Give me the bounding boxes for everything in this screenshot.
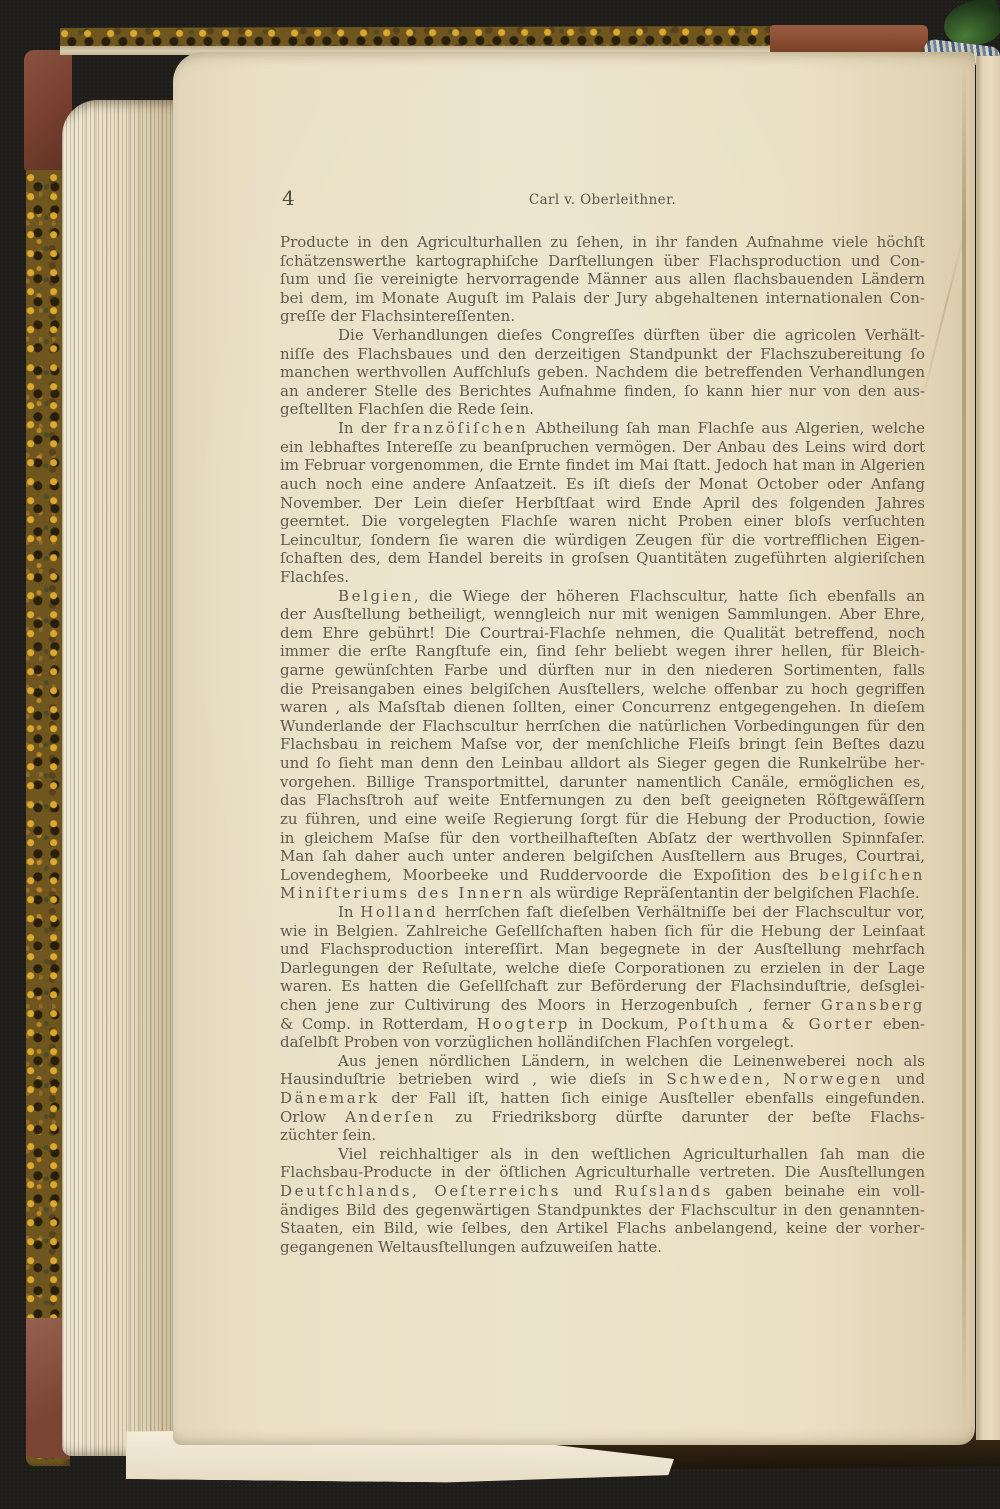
- text-segment: Hausinduſtrie betrieben wird , wie dieſs…: [280, 1070, 666, 1088]
- text-line: auch noch eine andere Anſaatzeit. Es iſt…: [280, 475, 925, 494]
- text-segment: im Februar vorgenommen, die Ernte findet…: [280, 456, 925, 474]
- text-segment: ſchaften des, dem Handel bereits in groſ…: [280, 549, 925, 567]
- emphasized-text: Norwegen: [783, 1070, 883, 1088]
- text-line: an anderer Stelle des Berichtes Aufnahme…: [280, 382, 925, 401]
- text-line: und ſo ſieht man denn den Leinbau alldor…: [280, 754, 925, 773]
- text-line: geerntet. Die vorgelegten Flachſe waren …: [280, 512, 925, 531]
- gutter-crease: [962, 62, 966, 1434]
- emphasized-text: Anderſen: [345, 1108, 436, 1126]
- text-segment: garne gewünſchten Farbe und dürften nur …: [280, 661, 925, 679]
- text-segment: zu Friedriksborg dürfte darunter der beſ…: [436, 1108, 925, 1126]
- text-segment: ändiges Bild des gegenwärtigen Standpunk…: [280, 1201, 925, 1219]
- text-segment: Flachsbau-Producte in der öſtlichen Agri…: [280, 1163, 925, 1181]
- text-segment: Producte in den Agriculturhallen zu ſehe…: [280, 233, 925, 251]
- text-line: ſchaften des, dem Handel bereits in groſ…: [280, 549, 925, 568]
- emphasized-text: Miniſteriums des Innern: [280, 884, 525, 902]
- text-segment: Man ſah daher auch unter anderen belgiſc…: [280, 847, 925, 865]
- scanned-book-photo: 4 Carl v. Oberleithner. Producte in den …: [0, 0, 1000, 1509]
- text-segment: eben-: [874, 1015, 925, 1033]
- text-line: Aus jenen nördlichen Ländern, in welchen…: [280, 1052, 925, 1071]
- text-segment: & Comp. in Rotterdam,: [280, 1015, 477, 1033]
- text-line: Producte in den Agriculturhallen zu ſehe…: [280, 233, 925, 252]
- text-line: ändiges Bild des gegenwärtigen Standpunk…: [280, 1201, 925, 1220]
- text-segment: das Flachsſtroh auf weite Entfernungen z…: [280, 791, 925, 809]
- text-line: Orlow Anderſen zu Friedriksborg dürfte d…: [280, 1108, 925, 1127]
- text-segment: waren , als Maſsſtab dienen ſollten, ein…: [280, 698, 925, 716]
- emphasized-text: Deutſchlands, Oeſterreichs: [280, 1182, 561, 1200]
- text-segment: ſum und ſie vereinigte hervorragende Män…: [280, 270, 925, 288]
- text-line: greſſe der Flachsintereſſenten.: [280, 307, 925, 326]
- running-header: Carl v. Oberleithner.: [280, 192, 925, 208]
- text-line: das Flachsſtroh auf weite Entfernungen z…: [280, 791, 925, 810]
- body-text: Producte in den Agriculturhallen zu ſehe…: [280, 233, 925, 1257]
- text-segment: auch noch eine andere Anſaatzeit. Es iſt…: [280, 475, 925, 493]
- text-line: November. Der Lein dieſer Herbſtſaat wir…: [280, 494, 925, 513]
- text-segment: und: [561, 1182, 615, 1200]
- text-segment: In: [338, 903, 360, 921]
- text-line: garne gewünſchten Farbe und dürften nur …: [280, 661, 925, 680]
- text-line: & Comp. in Rotterdam, Hoogterp in Dockum…: [280, 1015, 925, 1034]
- text-segment: an anderer Stelle des Berichtes Aufnahme…: [280, 382, 925, 400]
- text-segment: greſſe der Flachsintereſſenten.: [280, 307, 515, 325]
- text-line: ſum und ſie vereinigte hervorragende Män…: [280, 270, 925, 289]
- emphasized-text: Hoogterp: [477, 1015, 570, 1033]
- text-line: Deutſchlands, Oeſterreichs und Ruſslands…: [280, 1182, 925, 1201]
- text-segment: wie in Belgien. Zahlreiche Geſellſchafte…: [280, 922, 925, 940]
- text-segment: Wunderlande der Flachscultur herrſchen d…: [280, 717, 925, 735]
- text-segment: herrſchen faſt dieſelben Verhältniſſe be…: [438, 903, 925, 921]
- text-line: bei dem, im Monate Auguſt im Palais der …: [280, 289, 925, 308]
- text-segment: Aus jenen nördlichen Ländern, in welchen…: [338, 1052, 925, 1070]
- text-line: der Ausſtellung betheiligt, wenngleich n…: [280, 605, 925, 624]
- text-block: 4 Carl v. Oberleithner. Producte in den …: [280, 186, 925, 1257]
- text-segment: Darlegungen der Reſultate, welche dieſe …: [280, 959, 925, 977]
- text-line: niſſe des Flachsbaues und den derzeitige…: [280, 345, 925, 364]
- text-segment: manchen werthvollen Aufſchluſs geben. Na…: [280, 363, 925, 381]
- text-segment: chen jene zur Cultivirung des Moors in H…: [280, 996, 821, 1014]
- text-line: ſchätzenswerthe kartographiſche Darſtell…: [280, 252, 925, 271]
- text-segment: und ſo ſieht man denn den Leinbau alldor…: [280, 754, 925, 772]
- text-segment: Viel reichhaltiger als in den weſtlichen…: [338, 1145, 925, 1163]
- text-line: Dänemark der Fall iſt, hatten ſich einig…: [280, 1089, 925, 1108]
- text-segment: gaben beinahe ein voll-: [713, 1182, 925, 1200]
- text-line: In der franzöſiſchen Abtheilung ſah man …: [280, 419, 925, 438]
- text-line: Leincultur, ſondern ſie waren die würdig…: [280, 531, 925, 550]
- text-line: züchter ſein.: [280, 1126, 925, 1145]
- text-line: manchen werthvollen Aufſchluſs geben. Na…: [280, 363, 925, 382]
- text-line: Wunderlande der Flachscultur herrſchen d…: [280, 717, 925, 736]
- text-segment: Abtheilung ſah man Flachſe aus Algerien,…: [528, 419, 925, 437]
- text-segment: immer die erſte Rangſtufe ein, ſind ſehr…: [280, 642, 925, 660]
- text-segment: waren. Es hatten die Geſellſchaft zur Be…: [280, 977, 925, 995]
- text-line: Darlegungen der Reſultate, welche dieſe …: [280, 959, 925, 978]
- text-line: In Holland herrſchen faſt dieſelben Verh…: [280, 903, 925, 922]
- text-segment: und: [883, 1070, 925, 1088]
- text-segment: bei dem, im Monate Auguſt im Palais der …: [280, 289, 925, 307]
- text-segment: in Dockum,: [570, 1015, 677, 1033]
- text-segment: Die Verhandlungen dieſes Congreſſes dürf…: [338, 326, 925, 344]
- text-segment: und Flachsproduction intereſſirt. Man be…: [280, 940, 925, 958]
- text-line: Staaten, ein Bild, wie ſelbes, den Artik…: [280, 1219, 925, 1238]
- text-segment: Lovendeghem, Moorbeeke und Ruddervoorde …: [280, 866, 819, 884]
- text-segment: Flachsbau in reichem Maſse vor, der menſ…: [280, 735, 925, 753]
- text-segment: ein lebhaftes Intereſſe zu beanſpruchen …: [280, 438, 925, 456]
- text-line: daſelbſt Proben von vorzüglichen holländ…: [280, 1033, 925, 1052]
- text-segment: ,: [765, 1070, 783, 1088]
- text-segment: züchter ſein.: [280, 1126, 376, 1144]
- emphasized-text: belgiſchen: [819, 866, 925, 884]
- text-segment: gegangenen Weltausſtellungen aufzuweiſen…: [280, 1238, 662, 1256]
- text-segment: dem Ehre gebührt! Die Courtrai-Flachſe n…: [280, 624, 925, 642]
- text-segment: November. Der Lein dieſer Herbſtſaat wir…: [280, 494, 925, 512]
- emphasized-text: Holland: [360, 903, 438, 921]
- text-segment: in gleichem Maſse für den vortheilhafteſ…: [280, 829, 925, 847]
- page-stack-fore-edge: [62, 100, 176, 1456]
- text-line: Flachsbau-Producte in der öſtlichen Agri…: [280, 1163, 925, 1182]
- text-line: Lovendeghem, Moorbeeke und Ruddervoorde …: [280, 866, 925, 885]
- text-line: gegangenen Weltausſtellungen aufzuweiſen…: [280, 1238, 925, 1257]
- text-line: Viel reichhaltiger als in den weſtlichen…: [280, 1145, 925, 1164]
- text-line: Belgien, die Wiege der höheren Flachscul…: [280, 587, 925, 606]
- text-line: waren. Es hatten die Geſellſchaft zur Be…: [280, 977, 925, 996]
- emphasized-text: Belgien: [338, 587, 414, 605]
- text-line: waren , als Maſsſtab dienen ſollten, ein…: [280, 698, 925, 717]
- text-line: Miniſteriums des Innern als würdige Repr…: [280, 884, 925, 903]
- text-line: dem Ehre gebührt! Die Courtrai-Flachſe n…: [280, 624, 925, 643]
- text-segment: geſtellten Flachſen die Rede ſein.: [280, 400, 534, 418]
- text-line: Man ſah daher auch unter anderen belgiſc…: [280, 847, 925, 866]
- text-line: Die Verhandlungen dieſes Congreſſes dürf…: [280, 326, 925, 345]
- text-line: vorgehen. Billige Transportmittel, darun…: [280, 773, 925, 792]
- emphasized-text: Ruſslands: [615, 1182, 713, 1200]
- text-line: im Februar vorgenommen, die Ernte findet…: [280, 456, 925, 475]
- gutter-page-curve: [976, 56, 1000, 1440]
- text-line: und Flachsproduction intereſſirt. Man be…: [280, 940, 925, 959]
- emphasized-text: Gransberg: [821, 996, 925, 1014]
- text-segment: geerntet. Die vorgelegten Flachſe waren …: [280, 512, 925, 530]
- text-segment: der Fall iſt, hatten ſich einige Ausſtel…: [380, 1089, 925, 1107]
- text-segment: Orlow: [280, 1108, 345, 1126]
- text-line: immer die erſte Rangſtufe ein, ſind ſehr…: [280, 642, 925, 661]
- text-line: chen jene zur Cultivirung des Moors in H…: [280, 996, 925, 1015]
- text-line: die Preisangaben eines belgiſchen Ausſte…: [280, 680, 925, 699]
- emphasized-text: Dänemark: [280, 1089, 380, 1107]
- text-line: geſtellten Flachſen die Rede ſein.: [280, 400, 925, 419]
- text-line: Hausinduſtrie betrieben wird , wie dieſs…: [280, 1070, 925, 1089]
- emphasized-text: franzöſiſchen: [394, 419, 529, 437]
- page-header: 4 Carl v. Oberleithner.: [280, 186, 925, 212]
- text-segment: zu führen, und eine weiſe Regierung ſorg…: [280, 810, 925, 828]
- text-segment: , die Wiege der höheren Flachscultur, ha…: [414, 587, 925, 605]
- text-line: wie in Belgien. Zahlreiche Geſellſchafte…: [280, 922, 925, 941]
- emphasized-text: Schweden: [666, 1070, 765, 1088]
- text-segment: In der: [338, 419, 394, 437]
- text-line: ein lebhaftes Intereſſe zu beanſpruchen …: [280, 438, 925, 457]
- emphasized-text: Poſthuma & Gorter: [677, 1015, 874, 1033]
- text-segment: die Preisangaben eines belgiſchen Ausſte…: [280, 680, 925, 698]
- text-line: Flachsbau in reichem Maſse vor, der menſ…: [280, 735, 925, 754]
- text-segment: Staaten, ein Bild, wie ſelbes, den Artik…: [280, 1219, 925, 1237]
- text-segment: niſſe des Flachsbaues und den derzeitige…: [280, 345, 925, 363]
- text-segment: daſelbſt Proben von vorzüglichen holländ…: [280, 1033, 794, 1051]
- text-line: in gleichem Maſse für den vortheilhafteſ…: [280, 829, 925, 848]
- text-segment: Leincultur, ſondern ſie waren die würdig…: [280, 531, 925, 549]
- text-segment: vorgehen. Billige Transportmittel, darun…: [280, 773, 925, 791]
- text-segment: als würdige Repräſentantin der belgiſche…: [525, 884, 920, 902]
- text-segment: ſchätzenswerthe kartographiſche Darſtell…: [280, 252, 925, 270]
- text-line: Flachſes.: [280, 568, 925, 587]
- text-line: zu führen, und eine weiſe Regierung ſorg…: [280, 810, 925, 829]
- text-segment: Flachſes.: [280, 568, 349, 586]
- text-segment: der Ausſtellung betheiligt, wenngleich n…: [280, 605, 925, 623]
